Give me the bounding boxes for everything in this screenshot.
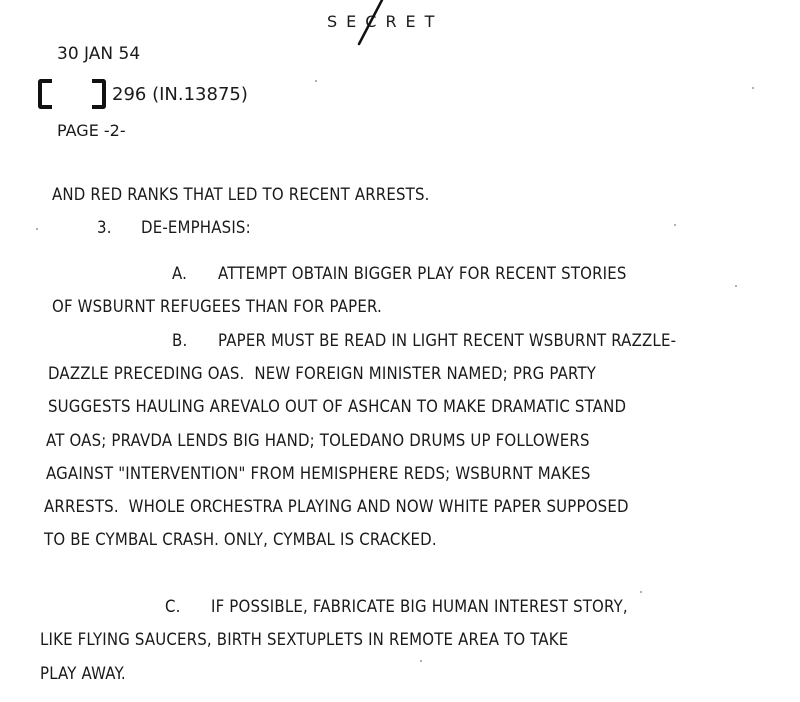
item-a-label: A. bbox=[172, 264, 187, 284]
scan-speck bbox=[315, 80, 317, 82]
item-b-line-3: SUGGESTS HAULING AREVALO OUT OF ASHCAN T… bbox=[48, 397, 626, 417]
item-c-line-3: PLAY AWAY. bbox=[40, 664, 126, 684]
item-b-line-7: TO BE CYMBAL CRASH. ONLY, CYMBAL IS CRAC… bbox=[44, 530, 437, 550]
item-a-line-1: ATTEMPT OBTAIN BIGGER PLAY FOR RECENT ST… bbox=[218, 264, 627, 284]
section-3-number: 3. bbox=[97, 218, 112, 238]
cable-date: 30 JAN 54 bbox=[57, 44, 140, 64]
scan-speck bbox=[674, 224, 676, 226]
item-b-line-4: AT OAS; PRAVDA LENDS BIG HAND; TOLEDANO … bbox=[46, 431, 590, 451]
strike-slash-mark bbox=[356, 0, 386, 46]
item-b-line-1: PAPER MUST BE READ IN LIGHT RECENT WSBUR… bbox=[218, 331, 676, 351]
page-number: PAGE -2- bbox=[57, 121, 126, 140]
scan-speck bbox=[640, 591, 642, 593]
scan-speck bbox=[36, 228, 38, 230]
item-b-line-6: ARRESTS. WHOLE ORCHESTRA PLAYING AND NOW… bbox=[44, 497, 629, 517]
item-a-line-2: OF WSBURNT REFUGEES THAN FOR PAPER. bbox=[52, 297, 382, 317]
continuation-line: AND RED RANKS THAT LED TO RECENT ARRESTS… bbox=[52, 185, 430, 205]
scan-speck bbox=[420, 660, 422, 662]
section-3-title: DE-EMPHASIS: bbox=[141, 218, 251, 238]
redaction-bracket-left bbox=[38, 79, 52, 109]
redaction-bracket-right bbox=[92, 79, 106, 109]
item-c-line-2: LIKE FLYING SAUCERS, BIRTH SEXTUPLETS IN… bbox=[40, 630, 568, 650]
item-b-line-5: AGAINST "INTERVENTION" FROM HEMISPHERE R… bbox=[46, 464, 591, 484]
item-b-label: B. bbox=[172, 331, 187, 351]
scan-speck bbox=[735, 285, 737, 287]
cable-reference: 296 (IN.13875) bbox=[112, 84, 248, 105]
item-c-label: C. bbox=[165, 597, 181, 617]
scan-speck bbox=[752, 87, 754, 89]
item-b-line-2: DAZZLE PRECEDING OAS. NEW FOREIGN MINIST… bbox=[48, 364, 596, 384]
item-c-line-1: IF POSSIBLE, FABRICATE BIG HUMAN INTERES… bbox=[211, 597, 628, 617]
